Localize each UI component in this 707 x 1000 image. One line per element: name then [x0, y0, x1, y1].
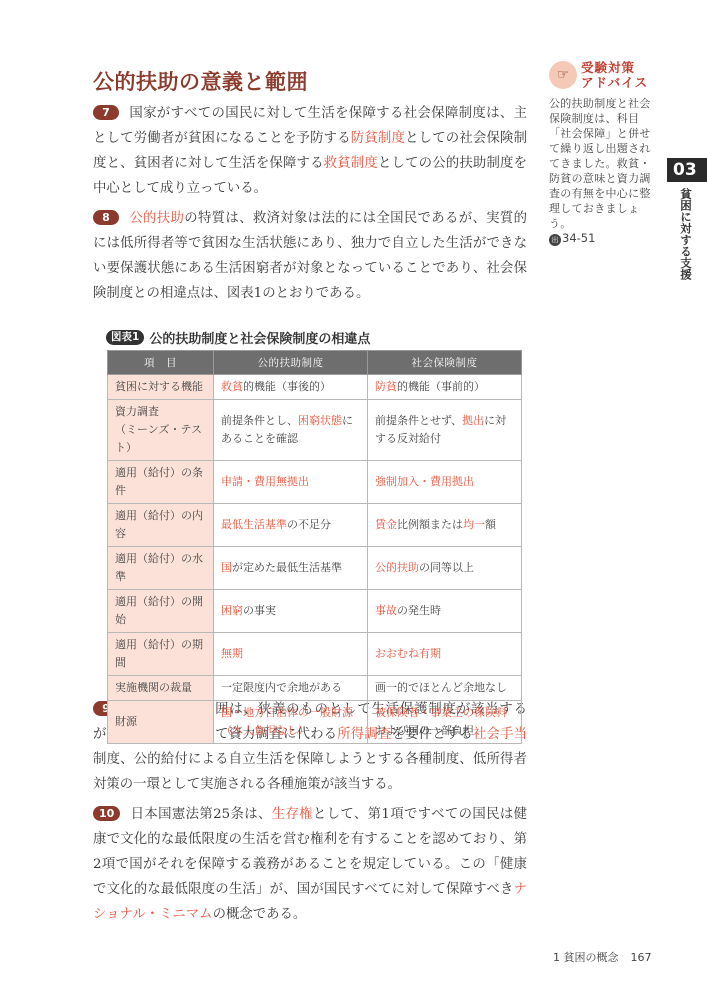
table-row: 実施機関の裁量一定限度内で余地がある画一的でほとんど余地なし — [108, 676, 522, 701]
row-item-label: 貧困に対する機能 — [108, 375, 214, 400]
text-segment: 比例額または — [397, 518, 463, 531]
highlighted-term: 強制加入・費用拠出 — [375, 475, 474, 488]
comparison-table: 項 目 公的扶助制度 社会保険制度 貧困に対する機能救貧的機能（事後的）防貧的機… — [107, 350, 522, 744]
text-segment: の同等以上 — [419, 561, 474, 574]
chapter-number-tab: 03 — [667, 158, 707, 182]
figure-title: 公的扶助制度と社会保険制度の相違点 — [149, 328, 370, 347]
exam-ref-icon: 出 — [549, 234, 561, 246]
public-assistance-cell: 一定限度内で余地がある — [214, 676, 368, 701]
highlighted-term: 均一 — [463, 518, 485, 531]
social-insurance-cell: 賃金比例額または均一額 — [368, 504, 522, 547]
hand-pointing-icon: ☞ — [549, 61, 577, 89]
table-row: 財源国・地方自治体の一般財源（本人負担なし）被保険者・事業主の保険料および国の一… — [108, 701, 522, 744]
advice-body: 公的扶助制度と社会保険制度は、科目「社会保障」と併せて繰り返し出題されてきました… — [549, 96, 654, 231]
public-assistance-cell: 国が定めた最低生活基準 — [214, 547, 368, 590]
highlighted-term: 防貧 — [375, 380, 397, 393]
text-segment: の発生時 — [397, 604, 441, 617]
table-row: 適用（給付）の期間無期おおむね有期 — [108, 633, 522, 676]
header-social-insurance: 社会保険制度 — [368, 351, 522, 375]
highlighted-term: 生存権 — [272, 807, 313, 822]
table-row: 貧困に対する機能救貧的機能（事後的）防貧的機能（事前的） — [108, 375, 522, 400]
text-segment: の概念である。 — [213, 907, 307, 922]
table-row: 適用（給付）の開始困窮の事実事故の発生時 — [108, 590, 522, 633]
row-item-label: 適用（給付）の水準 — [108, 547, 214, 590]
row-item-label: 適用（給付）の内容 — [108, 504, 214, 547]
highlighted-term: 被保険者・事業主の保険料 — [375, 706, 507, 719]
text-segment: 前提条件とし、 — [221, 414, 298, 427]
advice-title: 受験対策 アドバイス — [581, 60, 648, 90]
table-header-row: 項 目 公的扶助制度 社会保険制度 — [108, 351, 522, 375]
paragraph-8: 8公的扶助の特質は、救済対象は法的には全国民であるが、実質的には低所得者等で貧困… — [93, 206, 527, 306]
exam-advice-box: ☞ 受験対策 アドバイス 公的扶助制度と社会保険制度は、科目「社会保障」と併せて… — [549, 60, 654, 246]
social-insurance-cell: 事故の発生時 — [368, 590, 522, 633]
text-segment: および国の一部負担 — [375, 724, 474, 737]
text-segment: が定めた最低生活基準 — [232, 561, 342, 574]
social-insurance-cell: 画一的でほとんど余地なし — [368, 676, 522, 701]
highlighted-term: 最低生活基準 — [221, 518, 287, 531]
highlighted-term: 申請・費用無拠出 — [221, 475, 309, 488]
social-insurance-cell: 強制加入・費用拠出 — [368, 461, 522, 504]
social-insurance-cell: おおむね有期 — [368, 633, 522, 676]
highlighted-term: 防貧制度 — [351, 131, 405, 146]
text-segment: の不足分 — [287, 518, 331, 531]
page-number: 167 — [631, 951, 652, 964]
table-row: 適用（給付）の条件申請・費用無拠出強制加入・費用拠出 — [108, 461, 522, 504]
public-assistance-cell: 最低生活基準の不足分 — [214, 504, 368, 547]
table-row: 適用（給付）の水準国が定めた最低生活基準公的扶助の同等以上 — [108, 547, 522, 590]
text-segment: 制度、公的給付による自立生活を保障しようとする各種制度、低所得者対策の一環として… — [93, 752, 527, 792]
highlighted-term: 国・地方自治体の一般財源（本人負担なし） — [221, 706, 353, 737]
public-assistance-cell: 救貧的機能（事後的） — [214, 375, 368, 400]
text-segment: 日本国憲法第25条は、 — [130, 807, 271, 822]
highlighted-term: 救貧 — [221, 380, 243, 393]
highlighted-term: おおむね有期 — [375, 647, 441, 660]
row-item-label: 財源 — [108, 701, 214, 744]
paragraph-number-badge: 8 — [93, 210, 119, 225]
public-assistance-cell: 無期 — [214, 633, 368, 676]
public-assistance-cell: 国・地方自治体の一般財源（本人負担なし） — [214, 701, 368, 744]
page-title: 公的扶助の意義と範囲 — [93, 66, 308, 96]
row-item-label: 適用（給付）の期間 — [108, 633, 214, 676]
social-insurance-cell: 前提条件とせず、拠出に対する反対給付 — [368, 400, 522, 461]
figure-caption: 図表1 公的扶助制度と社会保険制度の相違点 — [106, 328, 370, 347]
table-row: 適用（給付）の内容最低生活基準の不足分賃金比例額または均一額 — [108, 504, 522, 547]
header-public-assistance: 公的扶助制度 — [214, 351, 368, 375]
table-row: 資力調査（ミーンズ・テスト）前提条件とし、困窮状態にあることを確認前提条件とせず… — [108, 400, 522, 461]
highlighted-term: 公的扶助 — [375, 561, 419, 574]
exam-reference: 出34-51 — [549, 231, 654, 246]
text-segment: 画一的でほとんど余地なし — [375, 681, 507, 694]
highlighted-term: 無期 — [221, 647, 243, 660]
row-item-label: 資力調査（ミーンズ・テスト） — [108, 400, 214, 461]
row-item-label: 実施機関の裁量 — [108, 676, 214, 701]
text-segment: 的機能（事後的） — [243, 380, 331, 393]
social-insurance-cell: 被保険者・事業主の保険料および国の一部負担 — [368, 701, 522, 744]
highlighted-term: 困窮状態 — [298, 414, 342, 427]
paragraph-7: 7国家がすべての国民に対して生活を保障する社会保障制度は、主として労働者が貧困に… — [93, 101, 527, 201]
highlighted-term: 公的扶助 — [129, 211, 184, 226]
chapter-label: 貧困に対する支援 — [676, 188, 692, 280]
row-item-label: 適用（給付）の開始 — [108, 590, 214, 633]
text-segment: の事実 — [243, 604, 276, 617]
text-segment: 的機能（事前的） — [397, 380, 485, 393]
paragraph-number-badge: 10 — [93, 806, 120, 821]
social-insurance-cell: 公的扶助の同等以上 — [368, 547, 522, 590]
page-footer: 1 貧困の概念167 — [553, 949, 652, 965]
highlighted-term: 賃金 — [375, 518, 397, 531]
paragraph-10: 10日本国憲法第25条は、生存権として、第1項ですべての国民は健康で文化的な最低… — [93, 802, 527, 927]
highlighted-term: 困窮 — [221, 604, 243, 617]
footer-section: 1 貧困の概念 — [553, 951, 619, 964]
highlighted-term: 救貧制度 — [324, 156, 378, 171]
text-segment: 前提条件とせず、 — [375, 414, 462, 427]
figure-badge: 図表1 — [106, 330, 144, 345]
public-assistance-cell: 困窮の事実 — [214, 590, 368, 633]
social-insurance-cell: 防貧的機能（事前的） — [368, 375, 522, 400]
highlighted-term: 国 — [221, 561, 232, 574]
row-item-label: 適用（給付）の条件 — [108, 461, 214, 504]
highlighted-term: 事故 — [375, 604, 397, 617]
text-segment: 一定限度内で余地がある — [221, 681, 342, 694]
highlighted-term: 拠出 — [462, 414, 484, 427]
text-segment: 額 — [485, 518, 496, 531]
public-assistance-cell: 申請・費用無拠出 — [214, 461, 368, 504]
paragraph-number-badge: 7 — [93, 105, 119, 120]
public-assistance-cell: 前提条件とし、困窮状態にあることを確認 — [214, 400, 368, 461]
header-item: 項 目 — [108, 351, 214, 375]
